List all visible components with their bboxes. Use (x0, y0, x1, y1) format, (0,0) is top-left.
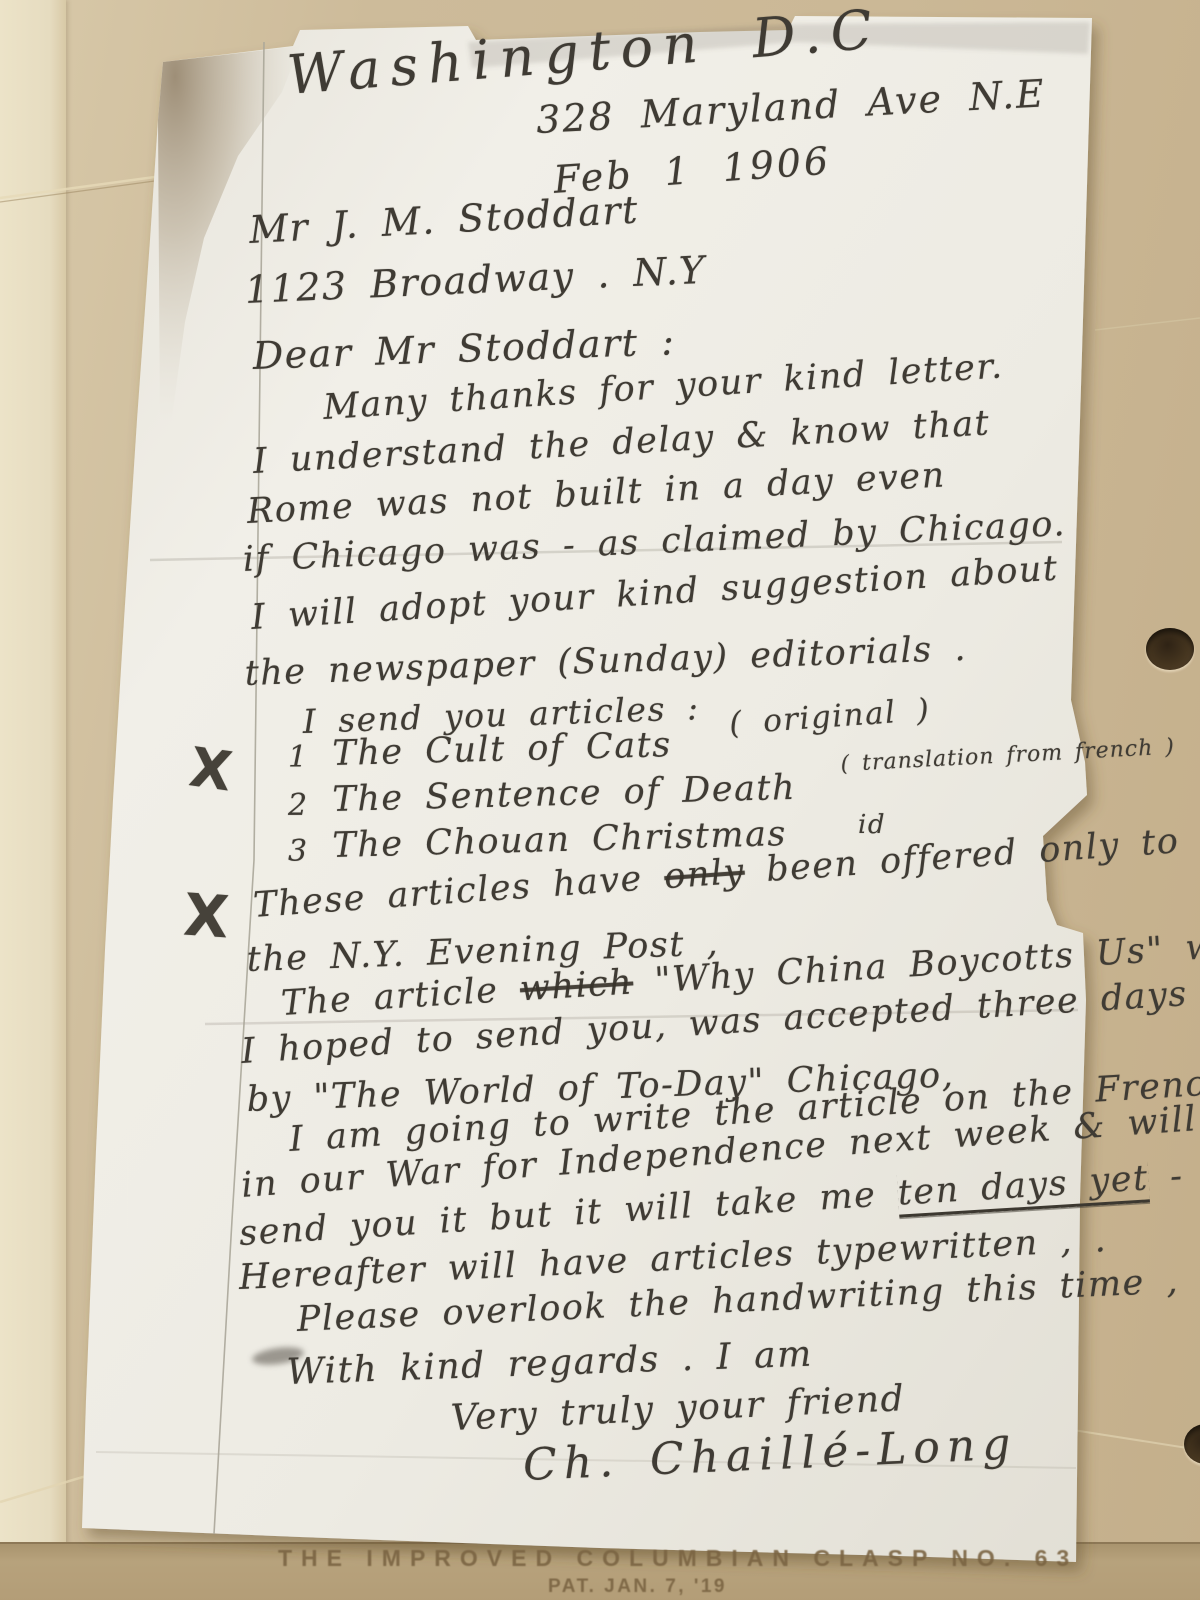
photo-of-letter: Washington D.C 328 Maryland Ave N.E Feb … (0, 0, 1200, 1600)
body-text: - (1169, 1156, 1185, 1197)
article-number: 2 (288, 788, 309, 823)
margin-x-mark: X (182, 881, 231, 952)
margin-x-mark: X (186, 735, 236, 803)
clasp-stamp-line2: PAT. JAN. 7, '19 (548, 1576, 727, 1598)
article-note: id (858, 810, 886, 840)
article-number: 3 (288, 834, 309, 869)
article-number: 1 (288, 740, 309, 775)
struck-word: only (663, 852, 746, 898)
struck-word: which (519, 962, 635, 1009)
punch-hole (1146, 628, 1194, 670)
clasp-stamp-line1: THE IMPROVED COLUMBIAN CLASP NO. 63 (278, 1545, 1078, 1572)
